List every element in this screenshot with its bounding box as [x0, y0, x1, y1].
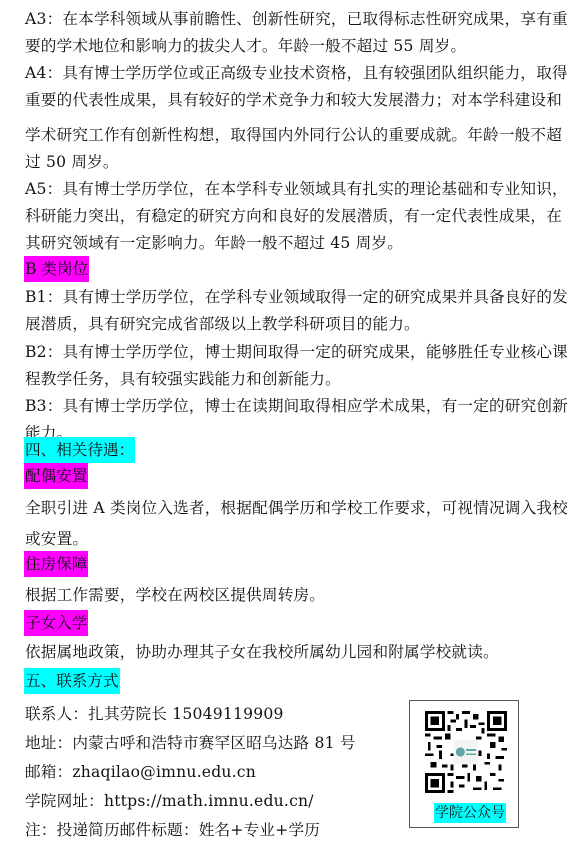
contact-address: 地址：内蒙古呼和浩特市赛罕区昭乌达路 81 号: [25, 732, 356, 754]
contact-heading: 五、联系方式: [24, 668, 120, 694]
a5-text-line-1: A5：具有博士学历学位，在本学科专业领域具有扎实的理论基础和专业知识，: [25, 178, 568, 200]
contact-person: 联系人：扎其劳院长 15049119909: [25, 703, 284, 725]
children-text-line-1: 依据属地政策，协助办理其子女在我校所属幼儿园和附属学校就读。: [25, 641, 499, 663]
a5-text-line-3: 其研究领域有一定影响力。年龄一般不超过 45 周岁。: [25, 232, 403, 254]
a3-text-line-2: 要的学术地位和影响力的拔尖人才。年龄一般不超过 55 周岁。: [25, 35, 466, 57]
spouse-text-line-2: 或安置。: [25, 528, 88, 550]
a3-text-line-1: A3：在本学科领域从事前瞻性、创新性研究，已取得标志性研究成果，享有重: [25, 8, 568, 30]
qr-code-card: 学院公众号: [409, 700, 519, 828]
children-heading: 子女入学: [24, 610, 88, 636]
b3-text-line-1: B3：具有博士学历学位，博士在读期间取得相应学术成果，有一定的研究创新: [25, 395, 568, 417]
a4-text-line-2: 重要的代表性成果，具有较好的学术竞争力和较大发展潜力；对本学科建设和: [25, 89, 562, 111]
b2-text-line-2: 程教学任务，具有较强实践能力和创新能力。: [25, 368, 341, 390]
contact-note: 注：投递简历邮件标题：姓名+专业+学历: [25, 819, 320, 841]
housing-text-line-1: 根据工作需要，学校在两校区提供周转房。: [25, 584, 325, 606]
housing-heading: 住房保障: [24, 551, 88, 577]
b-category-heading: B 类岗位: [24, 256, 89, 282]
a5-text-line-2: 科研能力突出，有稳定的研究方向和良好的发展潜质，有一定代表性成果，在: [25, 205, 562, 227]
spouse-text-line-1: 全职引进 A 类岗位入选者，根据配偶学历和学校工作要求，可视情况调入我校: [25, 497, 568, 519]
b1-text-line-1: B1：具有博士学历学位，在学科专业领域取得一定的研究成果并具备良好的发: [25, 286, 568, 308]
benefits-heading: 四、相关待遇：: [24, 437, 135, 463]
spouse-heading: 配偶安置: [24, 463, 88, 489]
b2-text-line-1: B2：具有博士学历学位，博士期间取得一定的研究成果，能够胜任专业核心课: [25, 341, 568, 363]
contact-website[interactable]: 学院网址：https://math.imnu.edu.cn/: [25, 790, 314, 812]
a4-text-line-3: 学术研究工作有创新性构想，取得国内外同行公认的重要成就。年龄一般不超: [25, 124, 562, 146]
a4-text-line-4: 过 50 周岁。: [25, 151, 119, 173]
qr-code-icon: [425, 711, 507, 793]
a4-text-line-1: A4：具有博士学历学位或正高级专业技术资格，且有较强团队组织能力，取得: [25, 62, 568, 84]
qr-caption: 学院公众号: [434, 803, 506, 823]
contact-email[interactable]: 邮箱：zhaqilao@imnu.edu.cn: [25, 761, 256, 783]
b1-text-line-2: 展潜质，具有研究完成省部级以上教学科研项目的能力。: [25, 313, 420, 335]
